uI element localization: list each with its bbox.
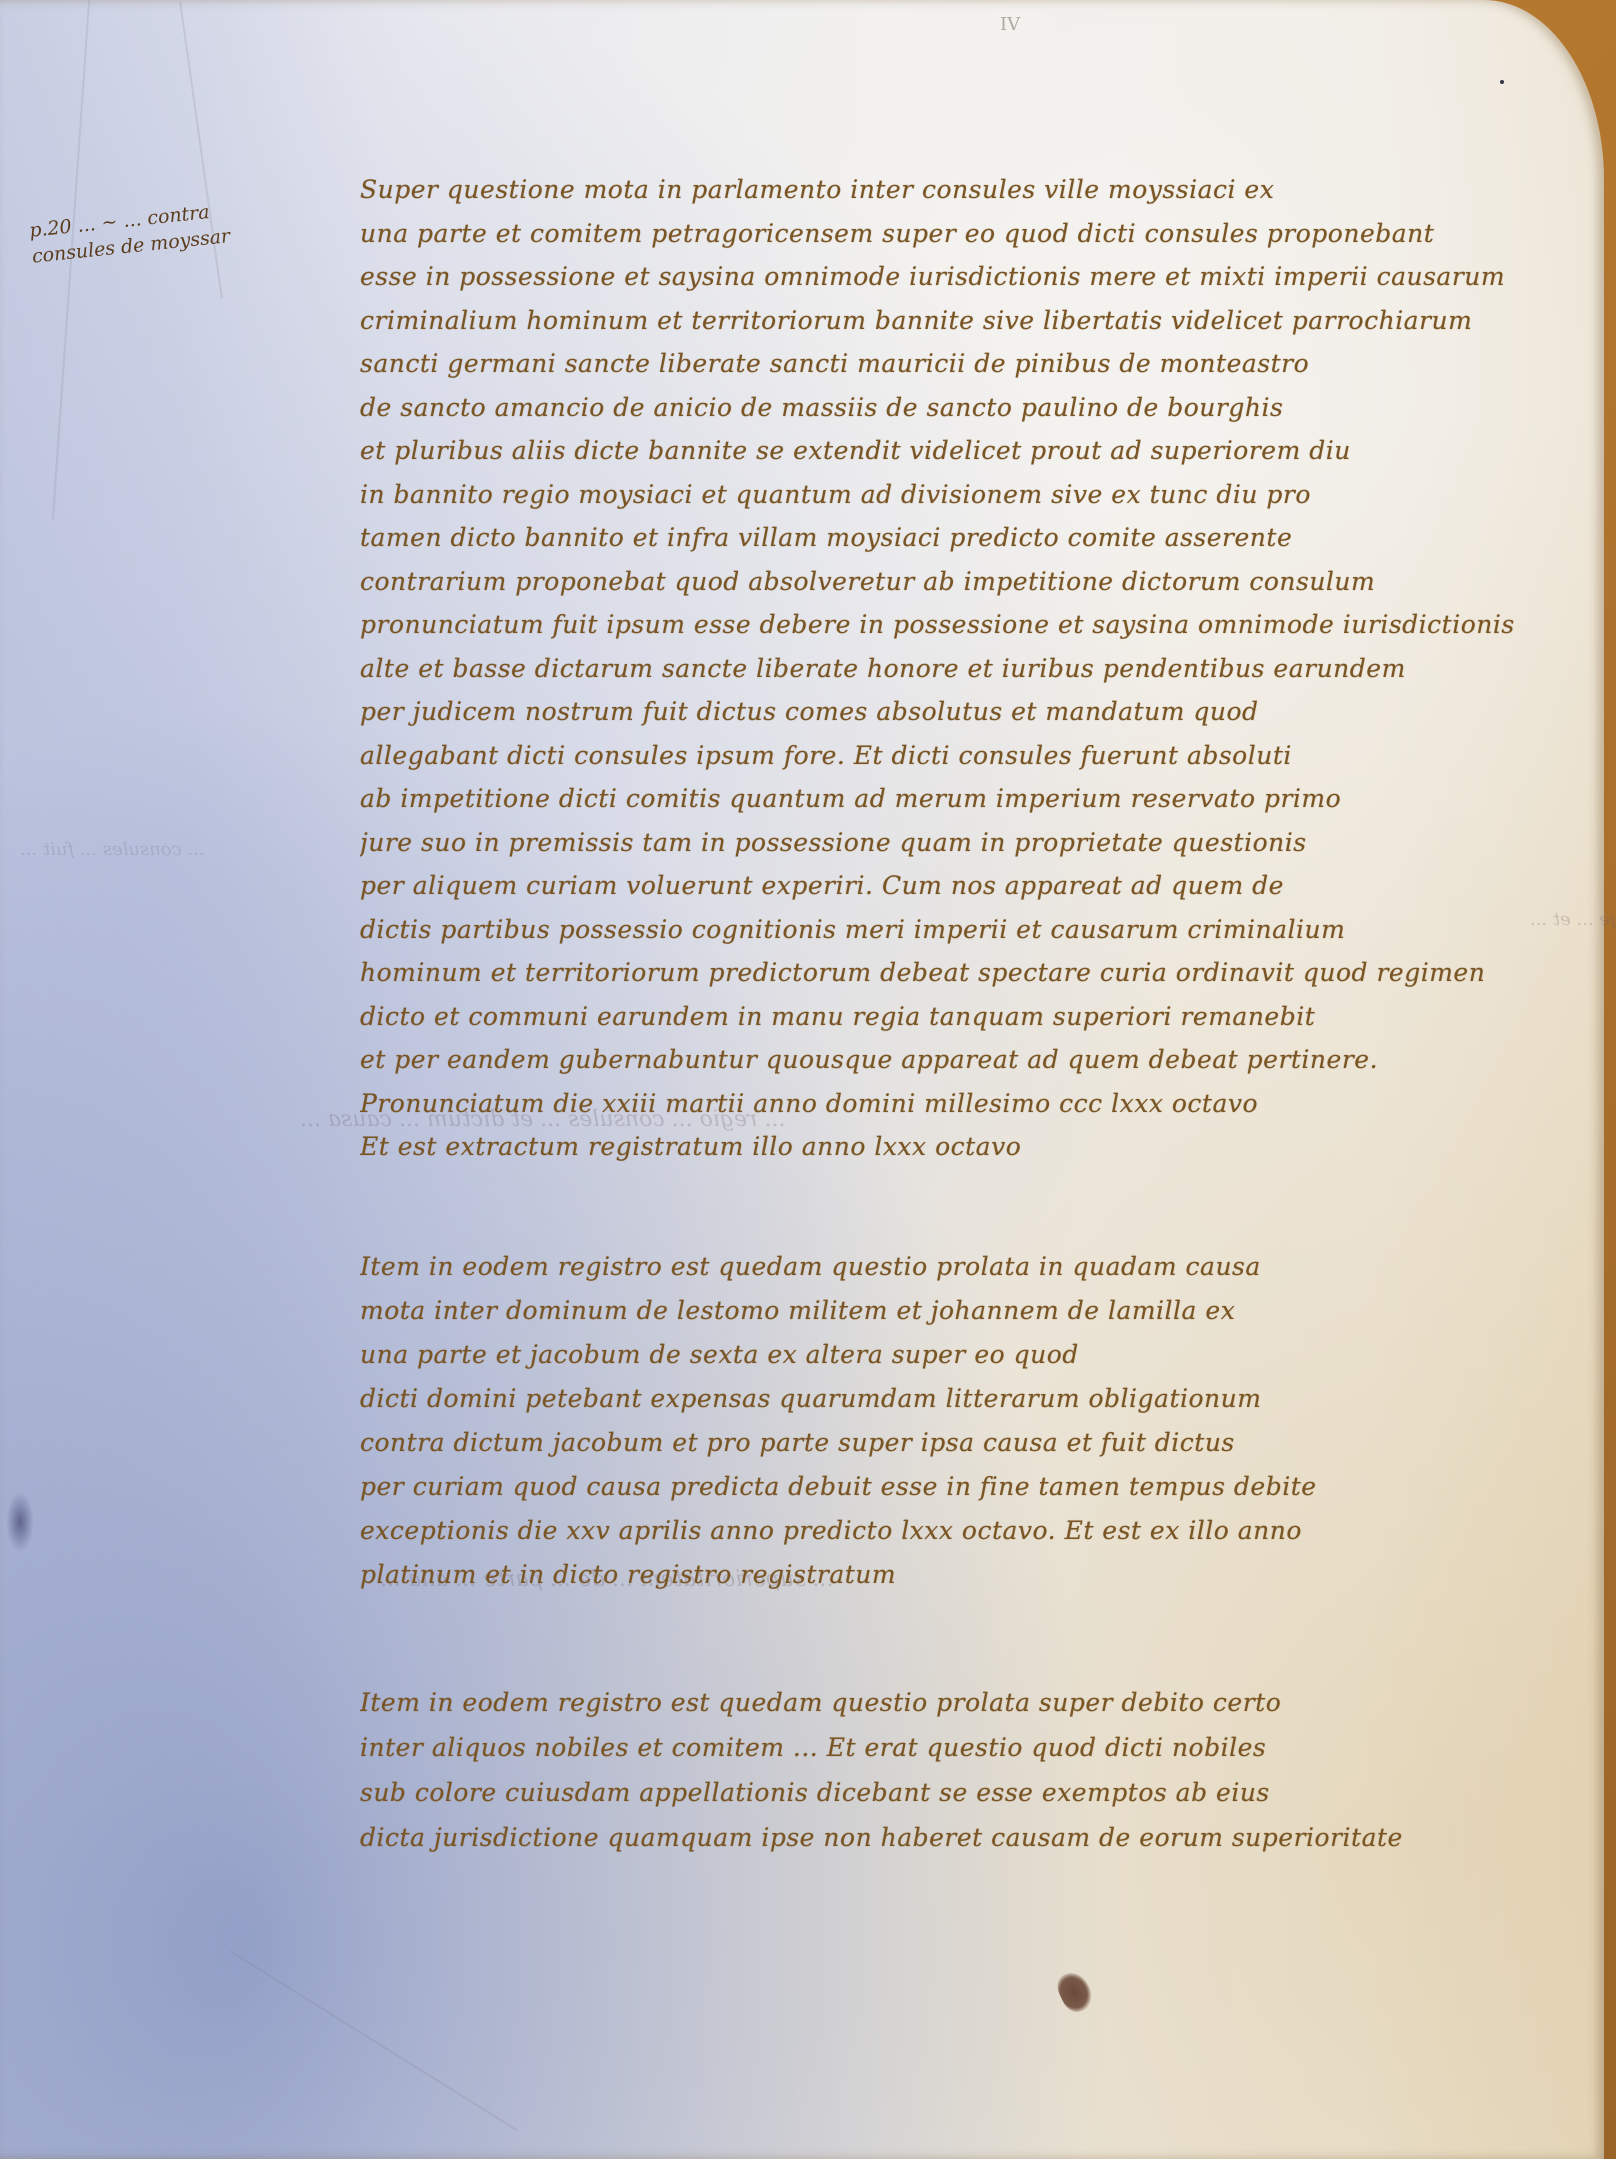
text-line: et per eandem gubernabuntur quousque app… — [360, 1038, 1530, 1082]
parchment-page: IV p.20 ... ~ ... contra consules de moy… — [0, 0, 1604, 2159]
text-line: jure suo in premissis tam in possessione… — [360, 821, 1530, 865]
text-line: dictis partibus possessio cognitionis me… — [360, 908, 1530, 952]
text-line: Super questione mota in parlamento inter… — [360, 168, 1530, 212]
text-line: de sancto amancio de anicio de massiis d… — [360, 386, 1530, 430]
text-line: dicto et communi earundem in manu regia … — [360, 995, 1530, 1039]
text-line: per curiam quod causa predicta debuit es… — [360, 1465, 1530, 1509]
text-line: contra dictum jacobum et pro parte super… — [360, 1421, 1530, 1465]
text-line: alte et basse dictarum sancte liberate h… — [360, 647, 1530, 691]
text-line: per judicem nostrum fuit dictus comes ab… — [360, 690, 1530, 734]
text-line: hominum et territoriorum predictorum deb… — [360, 951, 1530, 995]
text-line: dicta jurisdictione quamquam ipse non ha… — [360, 1815, 1530, 1860]
text-line: criminalium hominum et territoriorum ban… — [360, 299, 1530, 343]
ink-speck — [1500, 80, 1504, 84]
text-line: Et est extractum registratum illo anno l… — [360, 1125, 1530, 1169]
text-line: mota inter dominum de lestomo militem et… — [360, 1289, 1530, 1333]
ink-smudge — [6, 1492, 34, 1552]
text-line: ab impetitione dicti comitis quantum ad … — [360, 777, 1530, 821]
text-line: inter aliquos nobiles et comitem ... Et … — [360, 1725, 1530, 1770]
text-line: contrarium proponebat quod absolveretur … — [360, 560, 1530, 604]
text-line: esse in possessione et saysina omnimode … — [360, 255, 1530, 299]
marginal-note: p.20 ... ~ ... contra consules de moyssa… — [28, 184, 362, 270]
text-line: pronunciatum fuit ipsum esse debere in p… — [360, 603, 1530, 647]
bleed-through-text: ... pro ... rege ... et ... — [1530, 900, 1616, 940]
ink-stain — [1053, 1968, 1097, 2017]
fold-crease — [179, 1, 223, 298]
text-line: Item in eodem registro est quedam questi… — [360, 1245, 1530, 1289]
text-line: tamen dicto bannito et infra villam moys… — [360, 516, 1530, 560]
text-line: Pronunciatum die xxiii martii anno domin… — [360, 1082, 1530, 1126]
text-line: sancti germani sancte liberate sancti ma… — [360, 342, 1530, 386]
bleed-through-text: ... consules ... fuit ... — [20, 830, 205, 870]
text-line: allegabant dicti consules ipsum fore. Et… — [360, 734, 1530, 778]
text-line: et pluribus aliis dicte bannite se exten… — [360, 429, 1530, 473]
text-line: in bannito regio moysiaci et quantum ad … — [360, 473, 1530, 517]
folio-mark: IV — [1000, 14, 1020, 35]
text-line: per aliquem curiam voluerunt experiri. C… — [360, 864, 1530, 908]
paragraph-3: Item in eodem registro est quedam questi… — [360, 1680, 1530, 1860]
fold-crease — [229, 1950, 518, 2132]
text-line: dicti domini petebant expensas quarumdam… — [360, 1377, 1530, 1421]
text-line: una parte et jacobum de sexta ex altera … — [360, 1333, 1530, 1377]
text-line: platinum et in dicto registro registratu… — [360, 1553, 1530, 1597]
paragraph-1: Super questione mota in parlamento inter… — [360, 168, 1530, 1169]
text-line: Item in eodem registro est quedam questi… — [360, 1680, 1530, 1725]
paragraph-2: Item in eodem registro est quedam questi… — [360, 1245, 1530, 1597]
text-line: exceptionis die xxv aprilis anno predict… — [360, 1509, 1530, 1553]
text-line: sub colore cuiusdam appellationis diceba… — [360, 1770, 1530, 1815]
text-line: una parte et comitem petragoricensem sup… — [360, 212, 1530, 256]
